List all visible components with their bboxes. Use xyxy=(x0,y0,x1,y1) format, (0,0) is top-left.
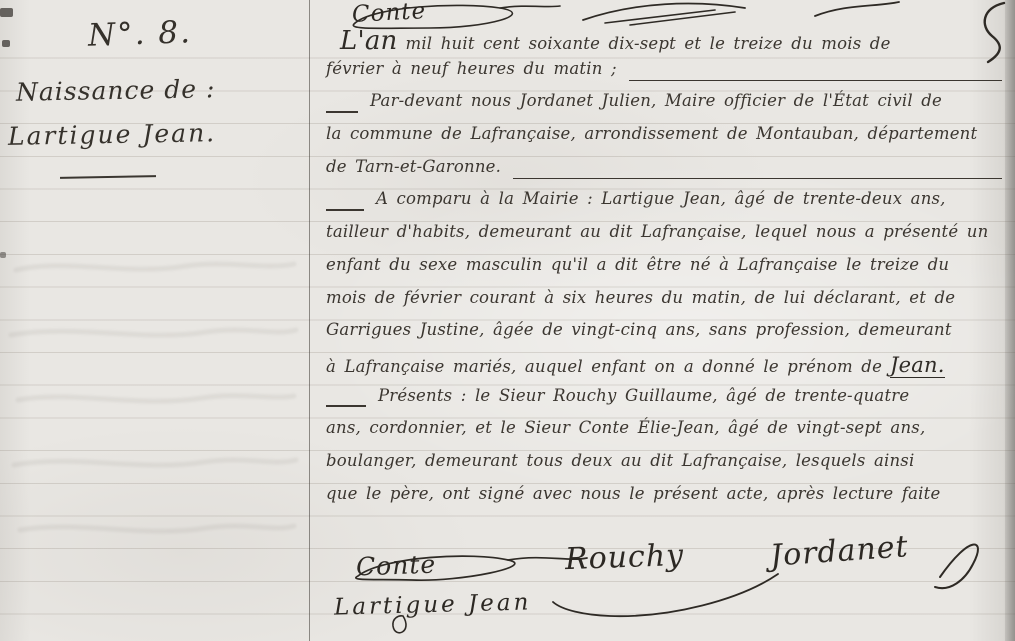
act-line: Présents : le Sieur Rouchy Guillaume, âg… xyxy=(326,386,1008,419)
line-text: enfant du sexe masculin qu'il a dit être… xyxy=(326,255,949,274)
paragraph-dash xyxy=(326,209,364,211)
register-page: N°. 8. Naissance de : Lartigue Jean. Con… xyxy=(0,0,1015,641)
previous-act-signature: Conte xyxy=(351,0,426,28)
act-line: enfant du sexe masculin qu'il a dit être… xyxy=(326,255,1008,288)
act-line: février à neuf heures du matin ; xyxy=(326,59,1008,92)
act-line: à Lafrançaise mariés, auquel enfant on a… xyxy=(326,353,1008,386)
act-line: Par-devant nous Jordanet Julien, Maire o… xyxy=(326,91,1008,124)
act-line: boulanger, demeurant tous deux au dit La… xyxy=(326,451,1008,484)
line-text: Présents : le Sieur Rouchy Guillaume, âg… xyxy=(378,386,909,405)
bleed-through-ghost xyxy=(6,240,302,580)
paragraph-dash xyxy=(326,405,366,407)
act-line: la commune de Lafrançaise, arrondissemen… xyxy=(326,124,1008,157)
signature-witness-rouchy: Rouchy xyxy=(564,538,684,577)
line-text: mois de février courant à six heures du … xyxy=(326,288,955,307)
jordanet-signature-flourish xyxy=(925,532,995,602)
act-line: Garrigues Justine, âgée de vingt-cinq an… xyxy=(326,320,1008,353)
act-body: L'an mil huit cent soixante dix-sept et … xyxy=(326,26,1008,516)
line-text: ans, cordonnier, et le Sieur Conte Élie-… xyxy=(326,418,925,437)
act-line: de Tarn-et-Garonne. xyxy=(326,157,1008,190)
line-text: boulanger, demeurant tous deux au dit La… xyxy=(326,451,914,470)
line-text: Garrigues Justine, âgée de vingt-cinq an… xyxy=(326,320,952,339)
act-line: tailleur d'habits, demeurant au dit Lafr… xyxy=(326,222,1008,255)
act-line: que le père, ont signé avec nous le prés… xyxy=(326,484,1008,517)
margin-underline xyxy=(60,175,156,178)
line-text: la commune de Lafrançaise, arrondissemen… xyxy=(326,124,977,143)
act-number: N°. 8. xyxy=(87,14,192,54)
line-text: à Lafrançaise mariés, auquel enfant on a… xyxy=(326,357,882,376)
line-text: de Tarn-et-Garonne. xyxy=(326,157,501,176)
partial-signature-stroke xyxy=(575,0,905,28)
line-filler xyxy=(513,178,1002,179)
line-text: mil huit cent soixante dix-sept et le tr… xyxy=(405,34,890,53)
paragraph-dash xyxy=(326,111,358,113)
signature-witness-conte: Conte xyxy=(356,550,437,582)
act-line: A comparu à la Mairie : Lartigue Jean, â… xyxy=(326,189,1008,222)
margin-column: N°. 8. Naissance de : Lartigue Jean. xyxy=(0,0,310,641)
line-filler xyxy=(629,80,1002,81)
record-name-label: Lartigue Jean. xyxy=(8,118,217,151)
act-line: ans, cordonnier, et le Sieur Conte Élie-… xyxy=(326,418,1008,451)
record-type-label: Naissance de : xyxy=(16,74,216,106)
line-text: tailleur d'habits, demeurant au dit Lafr… xyxy=(326,222,988,241)
act-line: mois de février courant à six heures du … xyxy=(326,288,1008,321)
line-text: Par-devant nous Jordanet Julien, Maire o… xyxy=(370,91,942,110)
line-text: que le père, ont signé avec nous le prés… xyxy=(326,484,940,503)
opening-initial: L'an xyxy=(340,26,397,56)
line-text: A comparu à la Mairie : Lartigue Jean, â… xyxy=(376,189,946,208)
act-line: L'an mil huit cent soixante dix-sept et … xyxy=(326,26,1008,59)
given-name-emphasis: Jean. xyxy=(890,353,945,378)
signature-father-lartigue: Lartigue Jean xyxy=(334,589,532,620)
rouchy-signature-flourish xyxy=(548,572,783,630)
signature-officer-jordanet: Jordanet xyxy=(769,529,910,574)
line-text: février à neuf heures du matin ; xyxy=(326,59,617,78)
